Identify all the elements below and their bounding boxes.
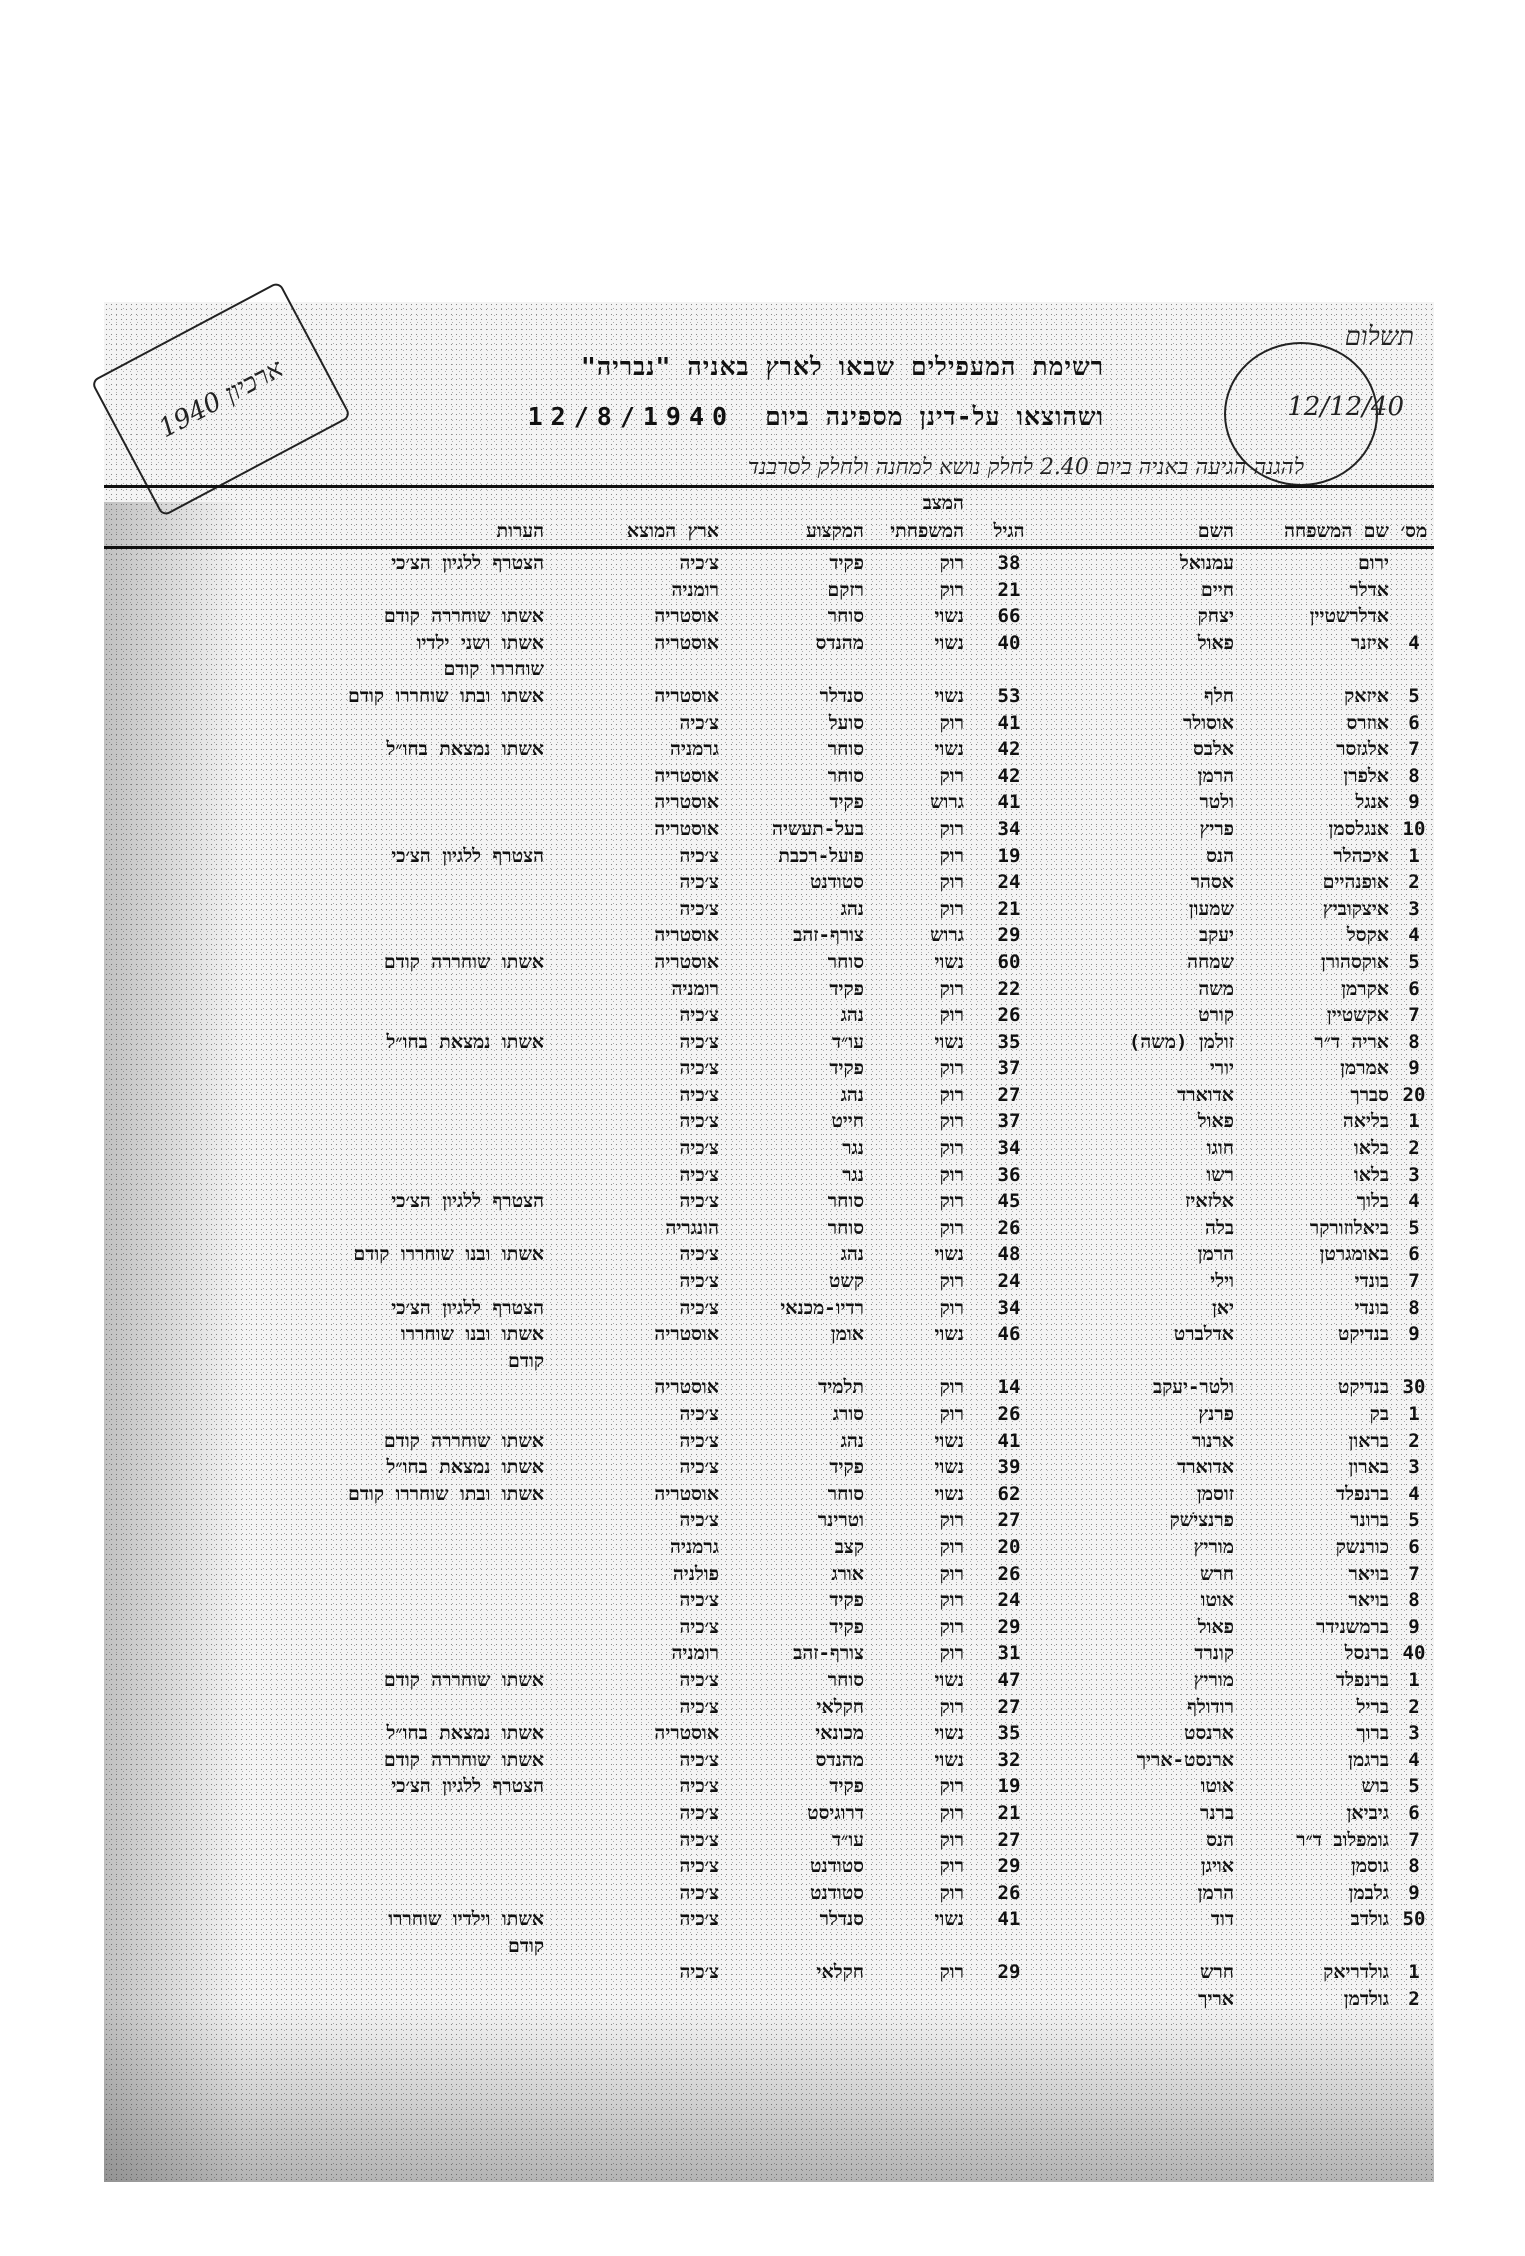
occupation: סטודנט — [724, 871, 864, 894]
table-row: 8בויאראוטו24רוקפקידצ׳כיה — [104, 1589, 1434, 1616]
table-row: 6אוזרסאוסולר41רוקסועלצ׳כיה — [104, 712, 1434, 739]
row-no: 1 — [1394, 1961, 1434, 1983]
country-of-origin: צ׳כיה — [549, 1749, 719, 1772]
first-name: אלבס — [1054, 738, 1234, 761]
table-row: 2ברילרודולף27רוקחקלאיצ׳כיה — [104, 1696, 1434, 1723]
country-of-origin: צ׳כיה — [549, 1908, 719, 1931]
table-row: 8גוסמןאויגן29רוקסטודנטצ׳כיה — [104, 1855, 1434, 1882]
remarks: אשתו שוחררה קודם — [104, 1749, 544, 1772]
first-name: אדוארד — [1054, 1456, 1234, 1479]
occupation: בעל-תעשיה — [724, 818, 864, 841]
marital-status: רוק — [874, 1057, 964, 1080]
family-name: סברך — [1239, 1084, 1389, 1107]
country-of-origin: צ׳כיה — [549, 1190, 719, 1213]
occupation: וטרינר — [724, 1509, 864, 1532]
occupation: נהג — [724, 1430, 864, 1453]
age: 66 — [974, 605, 1044, 627]
marital-status: רוק — [874, 1084, 964, 1107]
age: 27 — [974, 1829, 1044, 1851]
first-name: יאן — [1054, 1297, 1234, 1320]
row-no: 2 — [1394, 1988, 1434, 2010]
header-rule-bottom — [104, 546, 1434, 549]
row-no: 7 — [1394, 738, 1434, 760]
table-row: 7בונדיוילי24רוקקשטצ׳כיה — [104, 1270, 1434, 1297]
age: 26 — [974, 1563, 1044, 1585]
country-of-origin: צ׳כיה — [549, 1882, 719, 1905]
first-name: אדלברט — [1054, 1323, 1234, 1346]
marital-status: רוק — [874, 1563, 964, 1586]
family-name: אנגל — [1239, 791, 1389, 814]
family-name: גלבמן — [1239, 1882, 1389, 1905]
table-row: 3ברוךארנסט35נשוימכונאיאוסטריהאשתו נמצאת … — [104, 1722, 1434, 1749]
first-name: אריך — [1054, 1988, 1234, 2011]
country-of-origin: צ׳כיה — [549, 1164, 719, 1187]
table-row: 3בארוןאדוארד39נשויפקידצ׳כיהאשתו נמצאת בח… — [104, 1456, 1434, 1483]
country-of-origin: צ׳כיה — [549, 1430, 719, 1453]
age: 19 — [974, 1775, 1044, 1797]
country-of-origin: רומניה — [549, 579, 719, 602]
first-name: חלף — [1054, 685, 1234, 708]
marital-status: רוק — [874, 1589, 964, 1612]
row-no: 7 — [1394, 1004, 1434, 1026]
country-of-origin: צ׳כיה — [549, 1616, 719, 1639]
family-name: ברנסל — [1239, 1642, 1389, 1665]
table-row: 30בנדיקטולטר-יעקב14רוקתלמידאוסטריה — [104, 1376, 1434, 1403]
marital-status: רוק — [874, 1882, 964, 1905]
marital-status: גרוש — [874, 791, 964, 814]
occupation: פקיד — [724, 1456, 864, 1479]
occupation: פקיד — [724, 978, 864, 1001]
table-row: 8אריה ד״רזולמן (משה)35נשויעו״דצ׳כיהאשתו … — [104, 1031, 1434, 1058]
country-of-origin: צ׳כיה — [549, 1669, 719, 1692]
first-name: פרנציׁשק — [1054, 1509, 1234, 1532]
age: 41 — [974, 1430, 1044, 1452]
marital-status: רוק — [874, 1217, 964, 1240]
age: 60 — [974, 951, 1044, 973]
marital-status: רוק — [874, 818, 964, 841]
occupation: סועל — [724, 712, 864, 735]
occupation: צורף-זהב — [724, 1642, 864, 1665]
marital-status: רוק — [874, 1536, 964, 1559]
table-row: 9גלבמןהרמן26רוקסטודנטצ׳כיה — [104, 1882, 1434, 1909]
marital-status: נשוי — [874, 1722, 964, 1745]
first-name: אוטו — [1054, 1775, 1234, 1798]
family-name: גולדריאק — [1239, 1961, 1389, 1984]
table-row: 8בונדייאן34רוקרדיו-מכנאיצ׳כיההצטרף ללגיו… — [104, 1297, 1434, 1324]
first-name: דוד — [1054, 1908, 1234, 1931]
country-of-origin: אוסטריה — [549, 765, 719, 788]
first-name: קורט — [1054, 1004, 1234, 1027]
header-family: שם המשפחה — [1239, 520, 1389, 543]
family-name: בנדיקט — [1239, 1323, 1389, 1346]
stamp-right-text: תשלום — [1345, 322, 1414, 352]
first-name: חרש — [1054, 1563, 1234, 1586]
country-of-origin: צ׳כיה — [549, 1057, 719, 1080]
occupation: פקיד — [724, 552, 864, 575]
document-date: 12/8/1940 — [528, 402, 735, 431]
table-row: 4אקסליעקב29גרושצורף-זהבאוסטריה — [104, 924, 1434, 951]
family-name: בויאר — [1239, 1589, 1389, 1612]
header-status: המשפחתי — [874, 520, 964, 543]
occupation: סנדלר — [724, 685, 864, 708]
handwritten-note: להגנה הגיעה באניה ביום 2.40 לחלק נושא למ… — [748, 454, 1304, 480]
row-no: 6 — [1394, 1802, 1434, 1824]
marital-status: נשוי — [874, 1323, 964, 1346]
age: 36 — [974, 1164, 1044, 1186]
country-of-origin: אוסטריה — [549, 818, 719, 841]
occupation: סוחר — [724, 1190, 864, 1213]
row-no: 4 — [1394, 1749, 1434, 1771]
age: 26 — [974, 1004, 1044, 1026]
first-name: שמחה — [1054, 951, 1234, 974]
occupation: רזקם — [724, 579, 864, 602]
family-name: בלאו — [1239, 1164, 1389, 1187]
table-row: 2בלאוחוגו34רוקנגרצ׳כיה — [104, 1137, 1434, 1164]
age: 41 — [974, 791, 1044, 813]
table-row: 5ביאלוזורקרבלה26רוקסוחרהונגריה — [104, 1217, 1434, 1244]
table-header: מס׳ שם המשפחה השם הגיל המשפחתי המקצוע אר… — [104, 520, 1434, 544]
age: 47 — [974, 1669, 1044, 1691]
age: 41 — [974, 1908, 1044, 1930]
country-of-origin: צ׳כיה — [549, 1589, 719, 1612]
family-name: בונדי — [1239, 1270, 1389, 1293]
remarks: אשתו וילדיו שוחררו — [104, 1908, 544, 1931]
row-no: 20 — [1394, 1084, 1434, 1106]
country-of-origin: צ׳כיה — [549, 1509, 719, 1532]
age: 27 — [974, 1084, 1044, 1106]
family-name: איכהלר — [1239, 845, 1389, 868]
row-no: 6 — [1394, 712, 1434, 734]
header-origin: ארץ המוצא — [549, 520, 719, 543]
age: 35 — [974, 1031, 1044, 1053]
remarks: אשתו ושני ילדיו — [104, 632, 544, 655]
first-name: פאול — [1054, 632, 1234, 655]
family-name: אריה ד״ר — [1239, 1031, 1389, 1054]
table-row: 10אנגלסמןפריץ34רוקבעל-תעשיהאוסטריה — [104, 818, 1434, 845]
table-row: 50גולדבדוד41נשויסנדלרצ׳כיהאשתו וילדיו שו… — [104, 1908, 1434, 1935]
family-name: בונדי — [1239, 1297, 1389, 1320]
occupation: נהג — [724, 1084, 864, 1107]
country-of-origin: צ׳כיה — [549, 1004, 719, 1027]
marital-status: רוק — [874, 1802, 964, 1825]
row-no: 7 — [1394, 1829, 1434, 1851]
row-no: 9 — [1394, 1882, 1434, 1904]
first-name: הרמן — [1054, 1882, 1234, 1905]
remarks-continued: שוחררו קודם — [104, 658, 544, 681]
table-row: 4איזנרפאול40נשוימהנדסאוסטריהאשתו ושני יל… — [104, 632, 1434, 659]
occupation: פועל-רכבת — [724, 845, 864, 868]
family-name: בנדיקט — [1239, 1376, 1389, 1399]
marital-status: רוק — [874, 898, 964, 921]
table-row: 9אמרמןיורי37רוקפקידצ׳כיה — [104, 1057, 1434, 1084]
first-name: אויגן — [1054, 1855, 1234, 1878]
remarks: אשתו ובתו שוחררו קודם — [104, 1483, 544, 1506]
first-name: הנס — [1054, 1829, 1234, 1852]
row-no: 5 — [1394, 951, 1434, 973]
first-name: אדוארד — [1054, 1084, 1234, 1107]
occupation: חקלאי — [724, 1961, 864, 1984]
first-name: ברנר — [1054, 1802, 1234, 1825]
occupation: נהג — [724, 1004, 864, 1027]
age: 42 — [974, 738, 1044, 760]
row-no: 7 — [1394, 1270, 1434, 1292]
marital-status: רוק — [874, 712, 964, 735]
marital-status: נשוי — [874, 1483, 964, 1506]
country-of-origin: צ׳כיה — [549, 1775, 719, 1798]
age: 42 — [974, 765, 1044, 787]
country-of-origin: צ׳כיה — [549, 1802, 719, 1825]
table-row: 2אופנהייםאסהר24רוקסטודנטצ׳כיה — [104, 871, 1434, 898]
table-row-continuation: קודם — [104, 1935, 1434, 1962]
occupation: סטודנט — [724, 1855, 864, 1878]
first-name: בלה — [1054, 1217, 1234, 1240]
first-name: חוגו — [1054, 1137, 1234, 1160]
marital-status: נשוי — [874, 951, 964, 974]
family-name: בק — [1239, 1403, 1389, 1426]
country-of-origin: הונגריה — [549, 1217, 719, 1240]
family-name: גומפלוב ד״ר — [1239, 1829, 1389, 1852]
age: 21 — [974, 898, 1044, 920]
table-row: אדלרשטייןיצחק66נשויסוחראוסטריהאשתו שוחרר… — [104, 605, 1434, 632]
marital-status: רוק — [874, 1137, 964, 1160]
first-name: אסהר — [1054, 871, 1234, 894]
row-no: 5 — [1394, 1775, 1434, 1797]
table-row: 9אנגלולטר41גרושפקידאוסטריה — [104, 791, 1434, 818]
age: 38 — [974, 552, 1044, 574]
first-name: הנס — [1054, 845, 1234, 868]
remarks: אשתו שוחררה קודם — [104, 1669, 544, 1692]
family-name: ברוך — [1239, 1722, 1389, 1745]
row-no: 8 — [1394, 1031, 1434, 1053]
marital-status: רוק — [874, 1855, 964, 1878]
marital-status: רוק — [874, 1164, 964, 1187]
family-name: ברנפלד — [1239, 1669, 1389, 1692]
table-row: 9ברמשנידרפאול29רוקפקידצ׳כיה — [104, 1616, 1434, 1643]
occupation: פקיד — [724, 1057, 864, 1080]
row-no: 2 — [1394, 1696, 1434, 1718]
table-row: 6אקרמןמשה22רוקפקידרומניה — [104, 978, 1434, 1005]
country-of-origin: רומניה — [549, 978, 719, 1001]
first-name: הרמן — [1054, 1243, 1234, 1266]
occupation: נגר — [724, 1137, 864, 1160]
first-name: ארנסט — [1054, 1722, 1234, 1745]
remarks: אשתו נמצאת בחו״ל — [104, 1456, 544, 1479]
family-name: בוש — [1239, 1775, 1389, 1798]
row-no: 3 — [1394, 1456, 1434, 1478]
country-of-origin: צ׳כיה — [549, 1297, 719, 1320]
table-row: 9בנדיקטאדלברט46נשויאומןאוסטריהאשתו ובנו … — [104, 1323, 1434, 1350]
age: 22 — [974, 978, 1044, 1000]
table-row: 6באומגרטןהרמן48נשוינהגצ׳כיהאשתו ובנו שוח… — [104, 1243, 1434, 1270]
first-name: רודולף — [1054, 1696, 1234, 1719]
first-name: מוריץ — [1054, 1669, 1234, 1692]
marital-status: נשוי — [874, 632, 964, 655]
table-row: 7אקשטייןקורט26רוקנהגצ׳כיה — [104, 1004, 1434, 1031]
country-of-origin: אוסטריה — [549, 791, 719, 814]
occupation: נהג — [724, 898, 864, 921]
age: 29 — [974, 924, 1044, 946]
occupation: סוחר — [724, 765, 864, 788]
country-of-origin: אוסטריה — [549, 1376, 719, 1399]
document-title: רשימת המעפילים שבאו לארץ באניה "נבריה" — [581, 352, 1104, 382]
row-no: 9 — [1394, 1057, 1434, 1079]
family-name: בארון — [1239, 1456, 1389, 1479]
occupation: מהנדס — [724, 632, 864, 655]
remarks: אשתו שוחררה קודם — [104, 605, 544, 628]
handwritten-archive-stamp: ארכיון 1940 — [90, 281, 351, 517]
first-name: ארנסט-אריך — [1054, 1749, 1234, 1772]
row-no: 8 — [1394, 1855, 1434, 1877]
occupation: נגר — [724, 1164, 864, 1187]
family-name: ביאלוזורקר — [1239, 1217, 1389, 1240]
country-of-origin: רומניה — [549, 1642, 719, 1665]
occupation: סטודנט — [724, 1882, 864, 1905]
age: 37 — [974, 1110, 1044, 1132]
country-of-origin: גרמניה — [549, 738, 719, 761]
age: 26 — [974, 1403, 1044, 1425]
country-of-origin: צ׳כיה — [549, 1456, 719, 1479]
row-no: 5 — [1394, 685, 1434, 707]
country-of-origin: אוסטריה — [549, 924, 719, 947]
occupation: סוחר — [724, 1483, 864, 1506]
country-of-origin: אוסטריה — [549, 632, 719, 655]
age: 37 — [974, 1057, 1044, 1079]
family-name: בליאה — [1239, 1110, 1389, 1133]
row-no: 5 — [1394, 1509, 1434, 1531]
row-no: 2 — [1394, 1137, 1434, 1159]
table-row: 4בלוךאלזאיז45רוקסוחרצ׳כיההצטרף ללגיון הצ… — [104, 1190, 1434, 1217]
marital-status: רוק — [874, 978, 964, 1001]
occupation: עו״ד — [724, 1031, 864, 1054]
marital-status: נשוי — [874, 1669, 964, 1692]
table-row: ירוםעמנואל38רוקפקידצ׳כיההצטרף ללגיון הצ׳… — [104, 552, 1434, 579]
remarks: אשתו נמצאת בחו״ל — [104, 1031, 544, 1054]
table-row: 6כורנשקמוריץ20רוקקצבגרמניה — [104, 1536, 1434, 1563]
table-row-continuation: קודם — [104, 1350, 1434, 1377]
country-of-origin: צ׳כיה — [549, 1829, 719, 1852]
remarks: אשתו שוחררה קודם — [104, 951, 544, 974]
marital-status: רוק — [874, 845, 964, 868]
age: 27 — [974, 1509, 1044, 1531]
first-name: וילי — [1054, 1270, 1234, 1293]
age: 39 — [974, 1456, 1044, 1478]
country-of-origin: צ׳כיה — [549, 1403, 719, 1426]
header-first: השם — [1054, 520, 1234, 543]
marital-status: רוק — [874, 1696, 964, 1719]
first-name: פאול — [1054, 1616, 1234, 1639]
first-name: זולמן (משה) — [1054, 1031, 1234, 1054]
table-row: 4ברנפלדזוסמן62נשויסוחראוסטריהאשתו ובתו ש… — [104, 1483, 1434, 1510]
occupation: סוחר — [724, 1217, 864, 1240]
country-of-origin: פולניה — [549, 1563, 719, 1586]
marital-status: נשוי — [874, 685, 964, 708]
family-name: אמרמן — [1239, 1057, 1389, 1080]
row-no: 7 — [1394, 1563, 1434, 1585]
country-of-origin: אוסטריה — [549, 685, 719, 708]
age: 62 — [974, 1483, 1044, 1505]
occupation: קצב — [724, 1536, 864, 1559]
marital-status: רוק — [874, 1190, 964, 1213]
marital-status: רוק — [874, 1961, 964, 1984]
marital-status: רוק — [874, 1403, 964, 1426]
first-name: זוסמן — [1054, 1483, 1234, 1506]
age: 45 — [974, 1190, 1044, 1212]
row-no: 9 — [1394, 791, 1434, 813]
country-of-origin: צ׳כיה — [549, 1270, 719, 1293]
country-of-origin: גרמניה — [549, 1536, 719, 1559]
age: 24 — [974, 1589, 1044, 1611]
country-of-origin: צ׳כיה — [549, 1961, 719, 1984]
marital-status: רוק — [874, 1376, 964, 1399]
header-remarks: הערות — [104, 520, 544, 543]
age: 32 — [974, 1749, 1044, 1771]
first-name: חיים — [1054, 579, 1234, 602]
first-name: פאול — [1054, 1110, 1234, 1133]
family-name: בלוך — [1239, 1190, 1389, 1213]
row-no: 4 — [1394, 1190, 1434, 1212]
stamp-right-date: 12/12/40 — [1287, 392, 1404, 422]
occupation: דרוגיסט — [724, 1802, 864, 1825]
country-of-origin: צ׳כיה — [549, 1137, 719, 1160]
family-name: אקסל — [1239, 924, 1389, 947]
table-row: 1בקפרנץ26רוקסורגצ׳כיה — [104, 1403, 1434, 1430]
country-of-origin: אוסטריה — [549, 1323, 719, 1346]
occupation: צורף-זהב — [724, 924, 864, 947]
marital-status: רוק — [874, 1110, 964, 1133]
table-row: 7גומפלוב ד״רהנס27רוקעו״דצ׳כיה — [104, 1829, 1434, 1856]
occupation: עו״ד — [724, 1829, 864, 1852]
family-name: בריל — [1239, 1696, 1389, 1719]
first-name: עמנואל — [1054, 552, 1234, 575]
family-name: אדלרשטיין — [1239, 605, 1389, 628]
occupation: מהנדס — [724, 1749, 864, 1772]
occupation: סוחר — [724, 951, 864, 974]
first-name: פרנץ — [1054, 1403, 1234, 1426]
marital-status: נשוי — [874, 1908, 964, 1931]
marital-status: נשוי — [874, 1456, 964, 1479]
marital-status: נשוי — [874, 1243, 964, 1266]
family-name: בלאו — [1239, 1137, 1389, 1160]
header-age: הגיל — [974, 520, 1044, 543]
occupation: פקיד — [724, 791, 864, 814]
table-row-continuation: שוחררו קודם — [104, 658, 1434, 685]
marital-status: רוק — [874, 552, 964, 575]
family-name: אוזרס — [1239, 712, 1389, 735]
marital-status: רוק — [874, 1004, 964, 1027]
family-name: אנגלסמן — [1239, 818, 1389, 841]
table-row: 7בויארחרש26רוקאורגפולניה — [104, 1563, 1434, 1590]
header-status-group: המצב — [874, 492, 964, 515]
row-no: 3 — [1394, 898, 1434, 920]
remarks: הצטרף ללגיון הצ׳כי — [104, 1775, 544, 1798]
table-row: 6גיביאןברנר21רוקדרוגיסטצ׳כיה — [104, 1802, 1434, 1829]
country-of-origin: צ׳כיה — [549, 1084, 719, 1107]
table-row: 3איצקוביץשמעון21רוקנהגצ׳כיה — [104, 898, 1434, 925]
occupation: פקיד — [724, 1589, 864, 1612]
header-no: מס׳ — [1394, 520, 1434, 543]
country-of-origin: צ׳כיה — [549, 898, 719, 921]
age: 35 — [974, 1722, 1044, 1744]
remarks: הצטרף ללגיון הצ׳כי — [104, 1190, 544, 1213]
family-name: גיביאן — [1239, 1802, 1389, 1825]
remarks: אשתו ובנו שוחררו קודם — [104, 1243, 544, 1266]
row-no: 2 — [1394, 871, 1434, 893]
occupation: אורג — [724, 1563, 864, 1586]
first-name: מוריץ — [1054, 1536, 1234, 1559]
row-no: 3 — [1394, 1722, 1434, 1744]
family-name: כורנשק — [1239, 1536, 1389, 1559]
age: 20 — [974, 1536, 1044, 1558]
